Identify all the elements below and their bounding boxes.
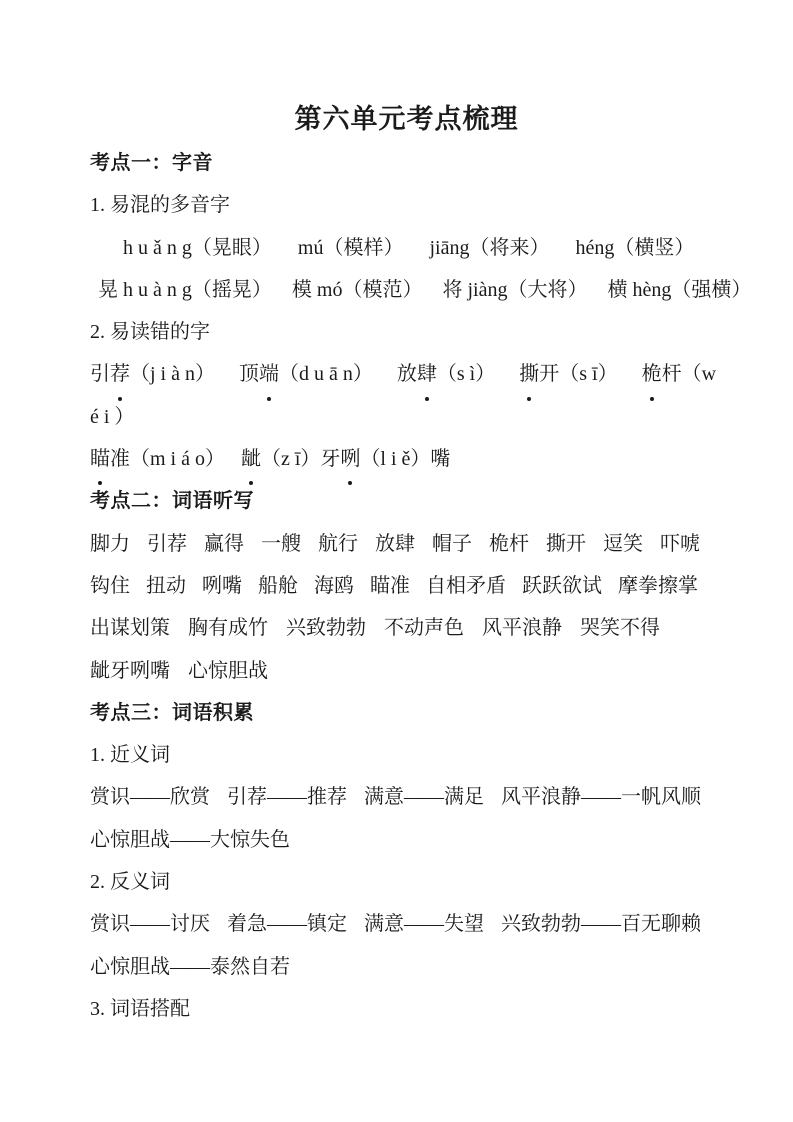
text-chunk: 模 mó（模范）	[292, 269, 423, 311]
text-chunk: 撕开	[546, 523, 586, 565]
text-line: 心惊胆战——泰然自若	[90, 946, 723, 988]
text-line: 1. 近义词	[90, 734, 723, 776]
text-line: 心惊胆战——大惊失色	[90, 819, 723, 861]
text-line: h u ǎ n g（晃眼）mú（模样）jiāng（将来）héng（横竖）	[90, 227, 723, 269]
text-chunk: 放肆（s ì）	[397, 353, 495, 395]
emphasized-char: 肆	[417, 353, 437, 395]
text-chunk: 横 hèng（强横）	[607, 269, 751, 311]
text-chunk: 不动声色	[384, 607, 464, 649]
text-chunk: 引荐（j i à n）	[90, 353, 215, 395]
text-chunk: 吓唬	[660, 523, 700, 565]
emphasized-char: 桅	[642, 353, 662, 395]
text-chunk: 撕开（s ī）	[519, 353, 617, 395]
text-chunk: 瞄准（m i á o）	[90, 438, 225, 480]
text-chunk: 引荐	[147, 523, 187, 565]
text-line: é i ）	[90, 396, 723, 438]
text-chunk: 桅杆	[489, 523, 529, 565]
text-chunk: 航行	[318, 523, 358, 565]
section-heading: 考点一：字音	[90, 142, 723, 184]
text-line: 2. 反义词	[90, 861, 723, 903]
page-title: 第六单元考点梳理	[90, 97, 723, 142]
text-chunk: 风平浪静——一帆风顺	[501, 776, 701, 818]
emphasized-char: 端	[259, 353, 279, 395]
text-chunk: héng（横竖）	[575, 227, 694, 269]
text-chunk: 晃 h u à n g（摇晃）	[98, 269, 272, 311]
text-chunk: 着急——镇定	[227, 903, 347, 945]
text-chunk: 心惊胆战——大惊失色	[90, 819, 290, 861]
text-chunk: 脚力	[90, 523, 130, 565]
text-chunk: 一艘	[261, 523, 301, 565]
text-chunk: 瞄准	[370, 565, 410, 607]
text-chunk: 兴致勃勃——百无聊赖	[501, 903, 701, 945]
text-line: 出谋划策胸有成竹兴致勃勃不动声色风平浪静哭笑不得	[90, 607, 723, 649]
section-heading: 考点三：词语积累	[90, 692, 723, 734]
document-lines: 考点一：字音1. 易混的多音字h u ǎ n g（晃眼）mú（模样）jiāng（…	[90, 142, 723, 1030]
text-line: 3. 词语搭配	[90, 988, 723, 1030]
text-chunk: 将 jiàng（大将）	[442, 269, 587, 311]
text-chunk: 帽子	[432, 523, 472, 565]
text-chunk: 胸有成竹	[188, 607, 268, 649]
text-chunk: 满意——失望	[364, 903, 484, 945]
text-chunk: 赏识——欣赏	[90, 776, 210, 818]
text-line: 脚力引荐赢得一艘航行放肆帽子桅杆撕开逗笑吓唬	[90, 523, 723, 565]
text-chunk: 龇（z ī）牙咧（l i ě）嘴	[241, 438, 450, 480]
text-line: 赏识——讨厌着急——镇定满意——失望兴致勃勃——百无聊赖	[90, 903, 723, 945]
text-chunk: 风平浪静	[482, 607, 562, 649]
emphasized-char: 咧	[340, 438, 360, 480]
text-line: 1. 易混的多音字	[90, 184, 723, 226]
text-chunk: 摩拳擦掌	[618, 565, 698, 607]
text-chunk: 赢得	[204, 523, 244, 565]
text-chunk: 龇牙咧嘴	[90, 650, 170, 692]
document-page: 第六单元考点梳理 考点一：字音1. 易混的多音字h u ǎ n g（晃眼）mú（…	[0, 0, 793, 1122]
emphasized-char: 瞄	[90, 438, 110, 480]
text-chunk: 顶端（d u ā n）	[239, 353, 373, 395]
text-chunk: 出谋划策	[90, 607, 170, 649]
emphasized-char: 撕	[519, 353, 539, 395]
text-chunk: jiāng（将来）	[429, 227, 549, 269]
text-line: 龇牙咧嘴心惊胆战	[90, 650, 723, 692]
text-chunk: 桅杆（w	[642, 353, 716, 395]
text-chunk: 满意——满足	[364, 776, 484, 818]
section-heading: 考点二：词语听写	[90, 480, 723, 522]
text-line: 2. 易读错的字	[90, 311, 723, 353]
text-chunk: 扭动	[146, 565, 186, 607]
text-line: 引荐（j i à n）顶端（d u ā n）放肆（s ì）撕开（s ī）桅杆（w	[90, 353, 723, 395]
text-chunk: 哭笑不得	[580, 607, 660, 649]
emphasized-char: 荐	[110, 353, 130, 395]
text-chunk: 船舱	[258, 565, 298, 607]
text-line: 赏识——欣赏引荐——推荐满意——满足风平浪静——一帆风顺	[90, 776, 723, 818]
emphasized-char: 龇	[241, 438, 261, 480]
text-chunk: 心惊胆战	[188, 650, 268, 692]
text-chunk: 逗笑	[603, 523, 643, 565]
text-chunk: é i ）	[90, 396, 134, 438]
text-chunk: 引荐——推荐	[227, 776, 347, 818]
text-chunk: mú（模样）	[298, 227, 404, 269]
text-chunk: 心惊胆战——泰然自若	[90, 946, 290, 988]
text-chunk: h u ǎ n g（晃眼）	[123, 227, 272, 269]
text-chunk: 咧嘴	[202, 565, 242, 607]
text-chunk: 赏识——讨厌	[90, 903, 210, 945]
text-chunk: 跃跃欲试	[522, 565, 602, 607]
text-chunk: 自相矛盾	[426, 565, 506, 607]
text-chunk: 放肆	[375, 523, 415, 565]
text-line: 钩住扭动咧嘴船舱海鸥瞄准自相矛盾跃跃欲试摩拳擦掌	[90, 565, 723, 607]
text-chunk: 海鸥	[314, 565, 354, 607]
text-chunk: 钩住	[90, 565, 130, 607]
text-chunk: 兴致勃勃	[286, 607, 366, 649]
text-line: 瞄准（m i á o）龇（z ī）牙咧（l i ě）嘴	[90, 438, 723, 480]
text-line: 晃 h u à n g（摇晃）模 mó（模范）将 jiàng（大将）横 hèng…	[90, 269, 723, 311]
